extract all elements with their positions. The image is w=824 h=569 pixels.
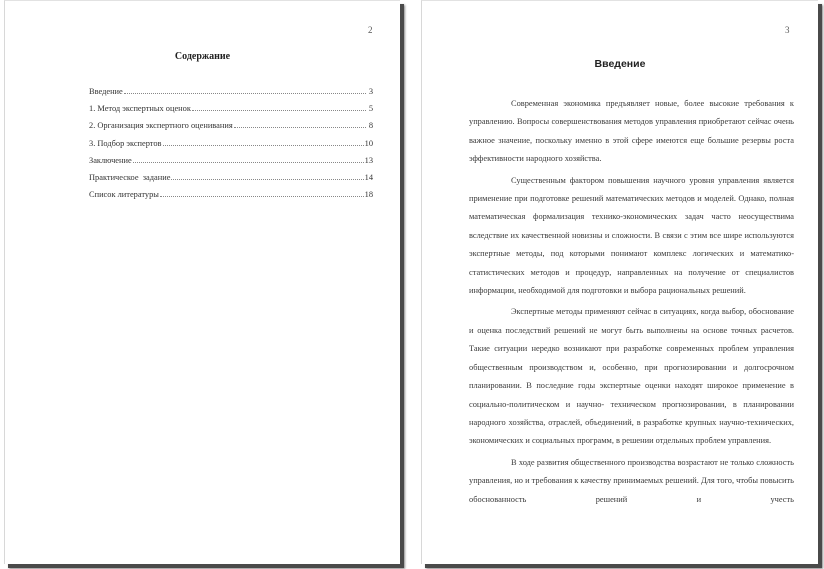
dot-leader	[234, 127, 366, 128]
toc-item[interactable]: Введение 3	[89, 86, 373, 103]
dot-leader	[171, 179, 363, 180]
paragraph: Экспертные методы применяют сейчас в сит…	[469, 303, 794, 450]
toc-item-page: 14	[365, 172, 373, 184]
toc-item-label: Заключение	[89, 155, 132, 167]
toc-item[interactable]: Список литературы 18	[89, 189, 373, 206]
toc-item-label: Введение	[89, 86, 123, 98]
toc-item-label: 3. Подбор экспертов	[89, 138, 162, 150]
toc-item-page: 13	[365, 155, 373, 167]
dot-leader	[192, 110, 366, 111]
dot-leader	[163, 145, 364, 146]
toc-item-page: 5	[367, 103, 373, 115]
page-introduction: 3 Введение Современная экономика предъяв…	[421, 0, 818, 564]
toc-item-label: Список литературы	[89, 189, 159, 201]
toc-item-page: 10	[365, 138, 373, 150]
dot-leader	[160, 196, 364, 197]
toc-title: Содержание	[5, 51, 400, 62]
toc-item-label: 1. Метод экспертных оценок	[89, 103, 191, 115]
page-number: 2	[368, 25, 373, 35]
toc-item-page: 18	[365, 189, 373, 201]
paragraph: Существенным фактором повышения научного…	[469, 172, 794, 301]
toc-item[interactable]: 2. Организация экспертного оценивания 8	[89, 120, 373, 137]
dot-leader	[133, 162, 364, 163]
toc-item-label: Практическое задание	[89, 172, 170, 184]
page-contents: 2 Содержание Введение 3 1. Метод эксперт…	[4, 0, 400, 564]
section-title: Введение	[422, 58, 818, 70]
dot-leader	[124, 93, 366, 94]
toc-item-page: 3	[367, 86, 373, 98]
toc-item-page: 8	[367, 120, 373, 132]
toc-item[interactable]: 1. Метод экспертных оценок 5	[89, 103, 373, 120]
paragraph: Современная экономика предъявляет новые,…	[469, 95, 794, 169]
toc-item[interactable]: Практическое задание 14	[89, 172, 373, 189]
body-text: Современная экономика предъявляет новые,…	[469, 95, 794, 512]
page-number: 3	[785, 25, 790, 35]
toc-item[interactable]: 3. Подбор экспертов 10	[89, 138, 373, 155]
table-of-contents: Введение 3 1. Метод экспертных оценок 5 …	[89, 86, 373, 206]
toc-item[interactable]: Заключение 13	[89, 155, 373, 172]
toc-item-label: 2. Организация экспертного оценивания	[89, 120, 233, 132]
paragraph: В ходе развития общественного производст…	[469, 454, 794, 509]
